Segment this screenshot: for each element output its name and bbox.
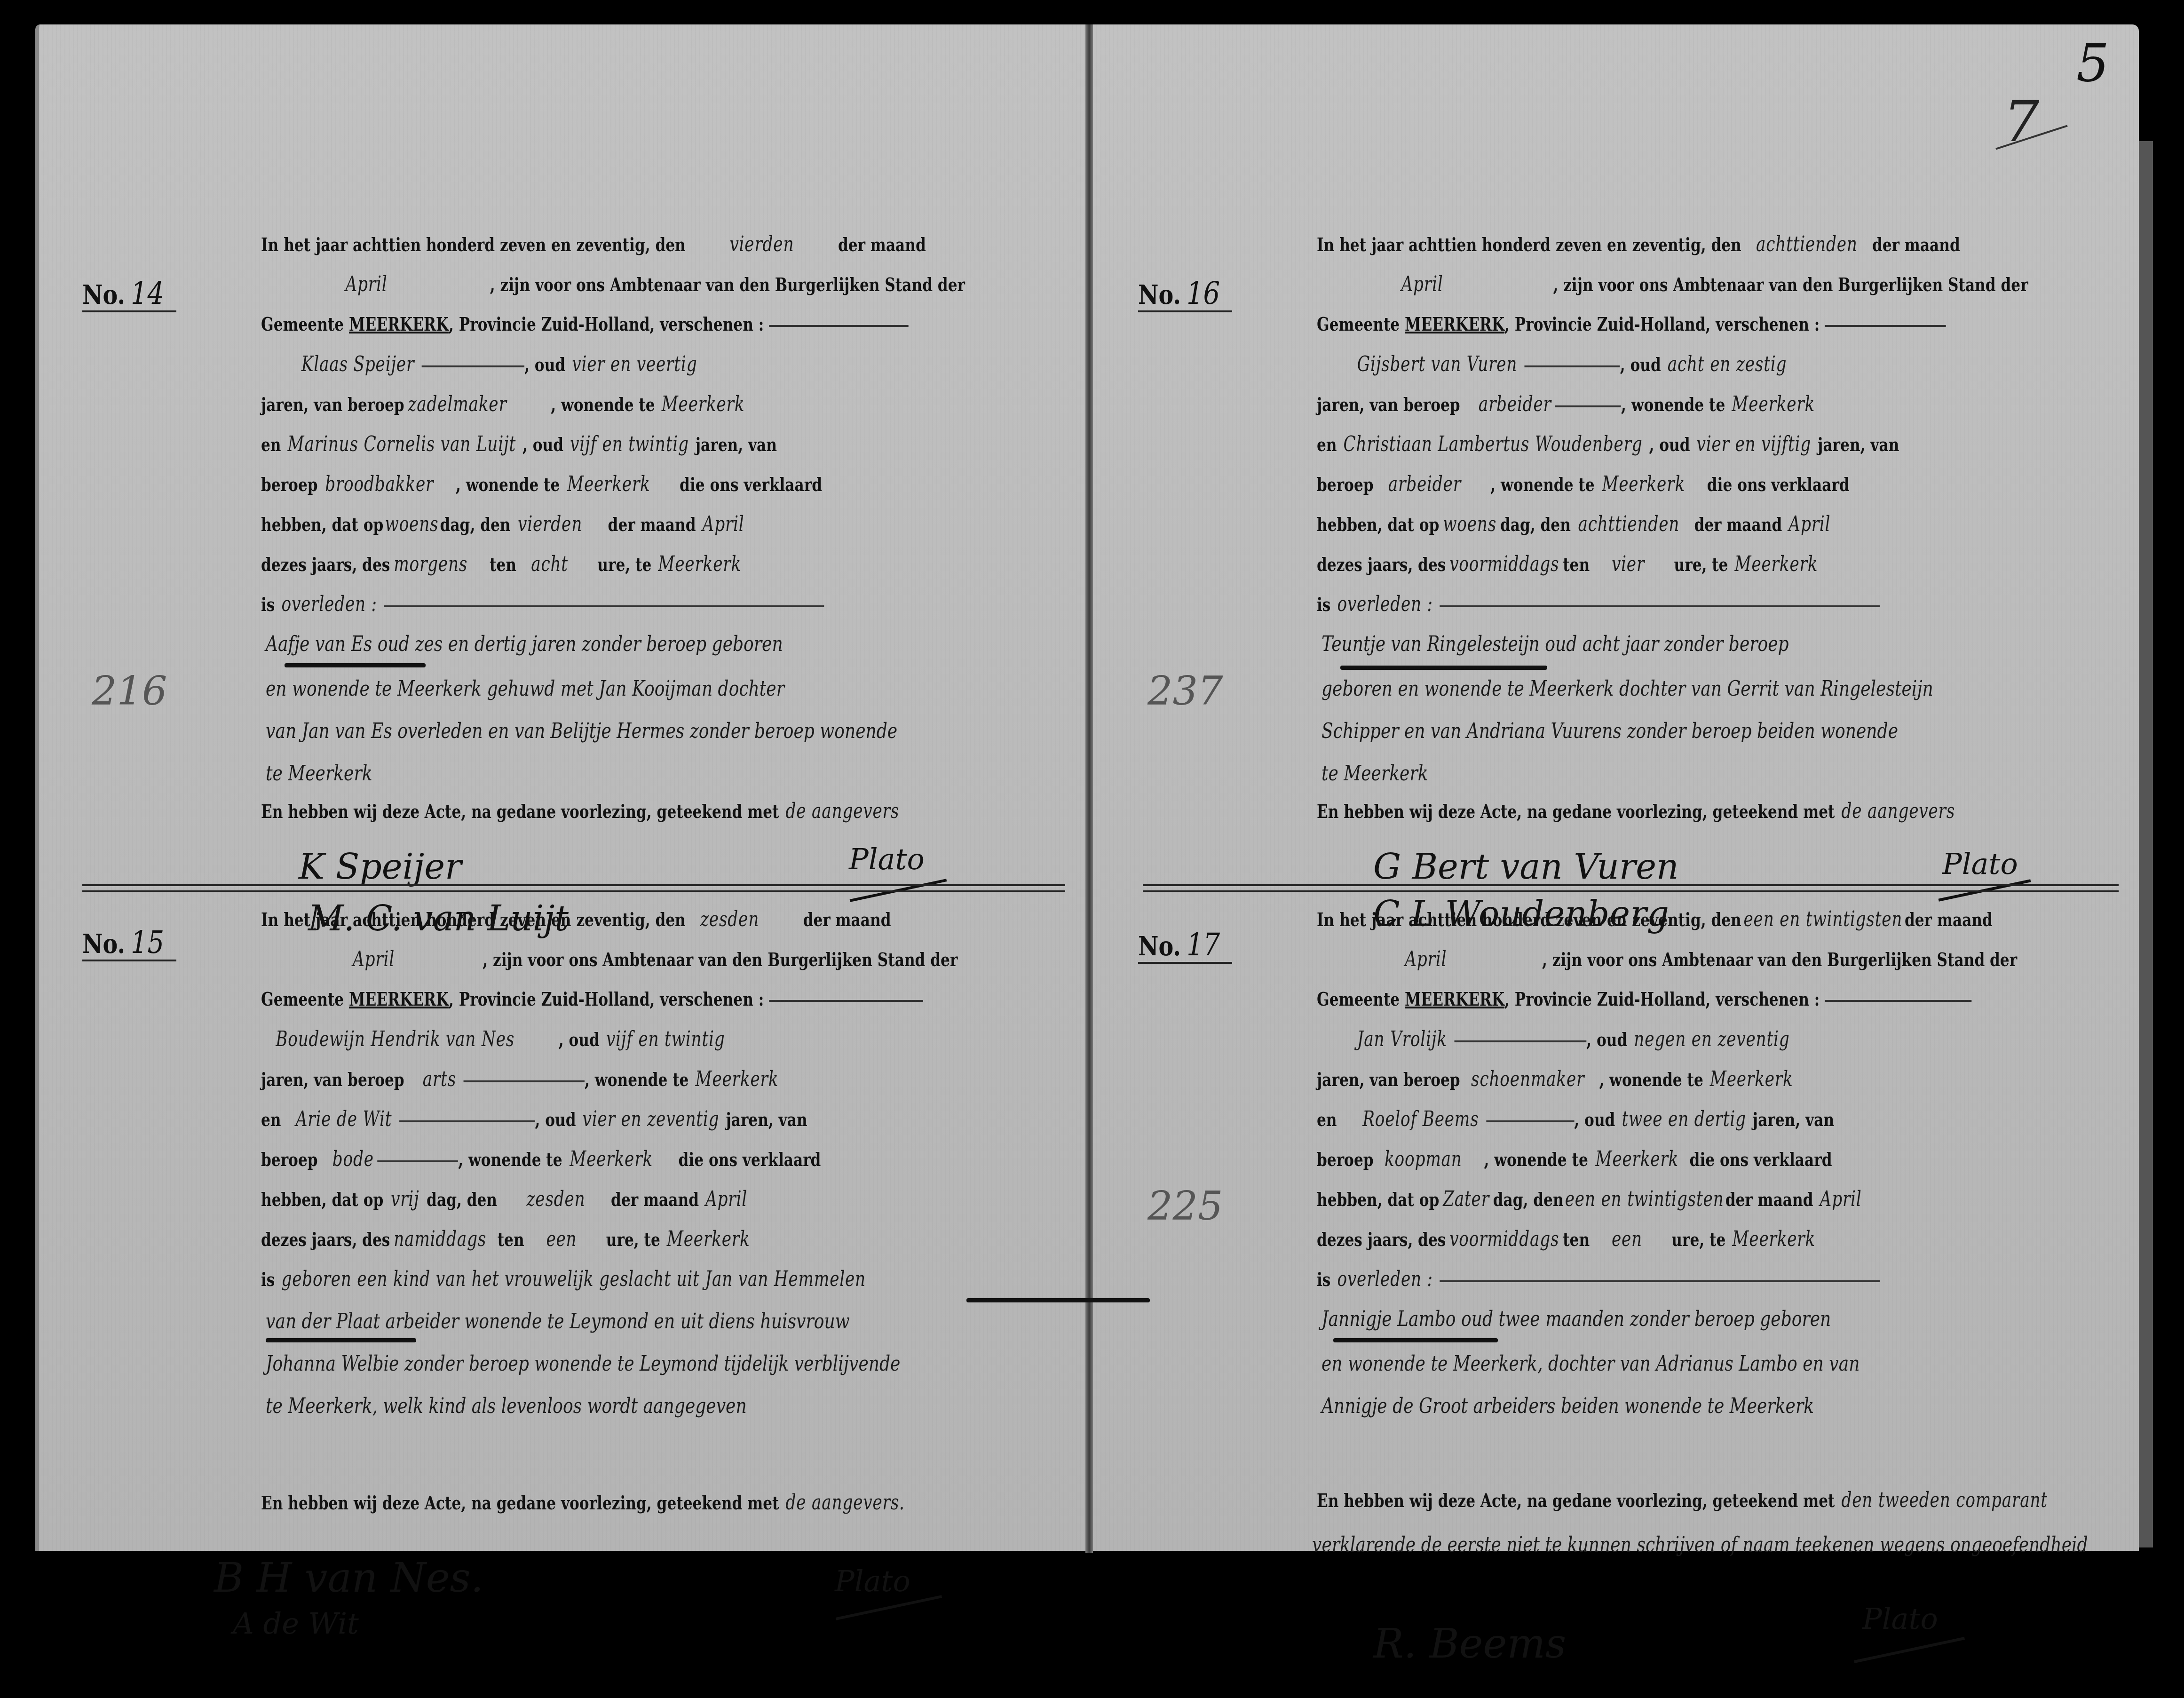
death-record-14: No.14 In het jaar achttien honderd zeven… [82, 221, 1060, 870]
record-body-line: van der Plaat arbeider wonende te Leymon… [266, 1303, 850, 1341]
death-record-16: No.16 In het jaar achttien honderd zeven… [1138, 221, 2116, 870]
record-body-line: te Meerkerk, welk kind als levenloos wor… [266, 1388, 747, 1425]
record-closing: En hebben wij deze Acte, na gedane voorl… [261, 1486, 1037, 1519]
record-line-municipality: Gemeente MEERKERK, Provincie Zuid-Hollan… [261, 983, 1037, 1016]
signature-official: Plato [835, 1564, 910, 1598]
entry-number-rule [82, 310, 176, 312]
page-edge [2139, 141, 2153, 1547]
signature-declarant: B H van Nes. [214, 1555, 483, 1602]
father-underline [266, 1338, 416, 1342]
entry-separator [82, 884, 1065, 892]
record-line-declarant2: enArie de Wit, oudvier en zeventigjaren,… [261, 1103, 1037, 1136]
margin-number: 216 [92, 668, 167, 714]
signature-official: Plato [1942, 847, 2018, 881]
record-line-event-time: dezes jaars, desvoormiddagsteneenure, te… [1317, 1223, 2093, 1256]
record-line-event-time: dezes jaars, desmorgenstenachture, teMee… [261, 548, 1037, 581]
entry-separator [1143, 884, 2119, 892]
record-line-municipality: Gemeente MEERKERK, Provincie Zuid-Hollan… [1317, 308, 2093, 341]
record-line-declarant1: Gijsbert van Vuren, oudacht en zestig [1317, 348, 2093, 381]
record-line-municipality: Gemeente MEERKERK, Provincie Zuid-Hollan… [261, 308, 1037, 341]
record-line-date: In het jaar achttien honderd zeven en ze… [261, 903, 1037, 936]
record-line-event-date: hebben, dat opwoensdag, denvierdender ma… [261, 508, 1037, 541]
record-body-line: van Jan van Es overleden en van Belijtje… [266, 713, 897, 750]
deceased-underline [1340, 666, 1547, 670]
record-closing-continuation: verklarende de eerste niet te kunnen sch… [1312, 1526, 2088, 1564]
entry-number: No.15 [82, 924, 164, 960]
entry-number-rule [82, 960, 176, 961]
margin-number: 225 [1147, 1183, 1223, 1229]
entry-number: No.16 [1138, 275, 1220, 311]
record-line-occupation2: beroepkoopman, wonende teMeerkerkdie ons… [1317, 1143, 2093, 1176]
entry-number: No.17 [1138, 927, 1220, 963]
birth-record-15: No.15 In het jaar achttien honderd zeven… [82, 896, 1060, 1545]
signature-declarant: G Bert van Vuren [1373, 847, 1679, 887]
record-line-occupation1: jaren, van beroeparbeider, wonende teMee… [1317, 388, 2093, 421]
signature-flourish [1854, 1637, 1965, 1663]
record-line-event-date: hebben, dat opZaterdag, deneen en twinti… [1317, 1183, 2093, 1216]
signature-declarant: A de Wit [233, 1606, 359, 1641]
record-line-event: isgeboren een kind van het vrouwelijk ge… [261, 1263, 1037, 1296]
page-number: 5 [2076, 33, 2109, 93]
record-line-occupation1: jaren, van beroepzadelmaker, wonende teM… [261, 388, 1037, 421]
signature-official: Plato [1862, 1602, 1938, 1636]
margin-number: 237 [1147, 668, 1223, 714]
entry-number: No.14 [82, 275, 164, 311]
record-closing: En hebben wij deze Acte, na gedane voorl… [261, 795, 1037, 828]
record-line-month: April, zijn voor ons Ambtenaar van den B… [1317, 943, 2093, 976]
record-line-month: April, zijn voor ons Ambtenaar van den B… [261, 943, 1037, 976]
record-body-line: Annigje de Groot arbeiders beiden wonend… [1321, 1388, 1814, 1425]
record-line-declarant2: enChristiaan Lambertus Woudenberg, oudvi… [1317, 428, 2093, 461]
deceased-underline [1333, 1338, 1498, 1342]
record-line-declarant1: Klaas Speijer, oudvier en veertig [261, 348, 1037, 381]
record-body-line: en wonende te Meerkerk, dochter van Adri… [1321, 1345, 1860, 1383]
record-closing: En hebben wij deze Acte, na gedane voorl… [1317, 795, 2093, 828]
record-line-event: isoverleden : [1317, 588, 2093, 621]
father-underline [966, 1298, 1150, 1302]
record-body-line: te Meerkerk [1321, 755, 1428, 793]
record-line-occupation2: beroeparbeider, wonende teMeerkerkdie on… [1317, 468, 2093, 501]
record-line-event: isoverleden : [261, 588, 1037, 621]
signature-declarant: R. Beems [1373, 1620, 1566, 1667]
record-body-line: Schipper en van Andriana Vuurens zonder … [1321, 713, 1898, 750]
record-line-date: In het jaar achttien honderd zeven en ze… [261, 228, 1037, 261]
death-record-17: No.17 In het jaar achttien honderd zeven… [1138, 896, 2116, 1545]
entry-number-rule [1138, 962, 1232, 964]
record-body-line: Johanna Welbie zonder beroep wonende te … [266, 1345, 900, 1383]
signature-declarant: K Speijer [299, 847, 461, 887]
record-line-occupation1: jaren, van beroepschoenmaker, wonende te… [1317, 1063, 2093, 1096]
record-body-line: en wonende te Meerkerk gehuwd met Jan Ko… [266, 670, 784, 708]
record-line-date: In het jaar achttien honderd zeven en ze… [1317, 228, 2093, 261]
record-line-event: isoverleden : [1317, 1263, 2093, 1296]
record-body-line: geboren en wonende te Meerkerk dochter v… [1321, 670, 1933, 708]
record-body-line: Jannigje Lambo oud twee maanden zonder b… [1321, 1301, 1831, 1338]
record-line-declarant2: enRoelof Beems, oudtwee en dertigjaren, … [1317, 1103, 2093, 1136]
record-line-declarant1: Boudewijn Hendrik van Nes, oudvijf en tw… [261, 1023, 1037, 1056]
record-line-declarant1: Jan Vrolijk, oudnegen en zeventig [1317, 1023, 2093, 1056]
record-line-occupation2: beroepbroodbakker, wonende teMeerkerkdie… [261, 468, 1037, 501]
entry-number-rule [1138, 310, 1232, 312]
signature-flourish [836, 1595, 942, 1620]
record-body-line: te Meerkerk [266, 755, 372, 793]
deceased-underline [285, 663, 426, 667]
record-body-line: Teuntje van Ringelesteijn oud acht jaar … [1321, 626, 1789, 663]
record-line-month: April, zijn voor ons Ambtenaar van den B… [1317, 268, 2093, 301]
record-line-event-time: dezes jaars, desnamiddagsteneenure, teMe… [261, 1223, 1037, 1256]
record-line-event-date: hebben, dat opwoensdag, denachttiendende… [1317, 508, 2093, 541]
record-line-occupation1: jaren, van beroeparts, wonende teMeerker… [261, 1063, 1037, 1096]
signature-official: Plato [849, 842, 925, 876]
record-body-line: Aafje van Es oud zes en dertig jaren zon… [266, 626, 783, 663]
record-closing: En hebben wij deze Acte, na gedane voorl… [1317, 1484, 2093, 1517]
record-line-event-time: dezes jaars, desvoormiddagstenvierure, t… [1317, 548, 2093, 581]
record-line-month: April, zijn voor ons Ambtenaar van den B… [261, 268, 1037, 301]
record-line-occupation2: beroepbode, wonende teMeerkerkdie ons ve… [261, 1143, 1037, 1176]
book-gutter [1085, 24, 1093, 1553]
record-line-declarant2: enMarinus Cornelis van Luijt, oudvijf en… [261, 428, 1037, 461]
record-line-date: In het jaar achttien honderd zeven en ze… [1317, 903, 2093, 936]
record-line-event-date: hebben, dat opvrijdag, denzesdender maan… [261, 1183, 1037, 1216]
record-line-municipality: Gemeente MEERKERK, Provincie Zuid-Hollan… [1317, 983, 2093, 1016]
